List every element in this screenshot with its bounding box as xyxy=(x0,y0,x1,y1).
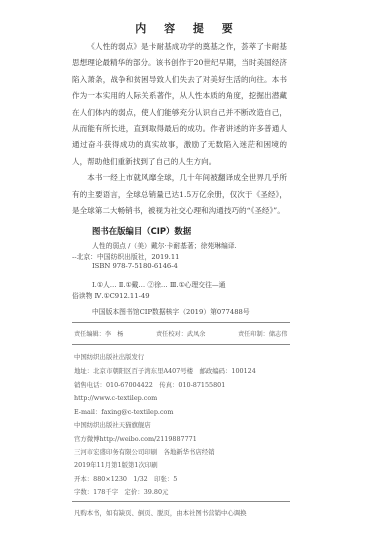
cip-record-number: 中国版本图书馆CIP数据核字（2019）第077488号 xyxy=(92,306,250,316)
responsible-printing: 责任印制：储志伟 xyxy=(238,329,288,338)
abstract-paragraph-1: 《人性的弱点》是卡耐基成功学的奠基之作，荟萃了卡耐基思想理论最精华的部分。该书创… xyxy=(72,39,287,170)
edition-line: 2019年11月第1版第1次印刷 xyxy=(74,460,158,469)
footer-notice: 凡购本书，如有缺页、倒页、脱页，由本社图书营销中心调换 xyxy=(74,508,247,517)
divider-bottom xyxy=(72,501,290,502)
email-line: E-mail：faxing@c-textilep.com xyxy=(74,407,173,416)
format-line: 开本：880×1230 1/32 印张：5 xyxy=(74,474,177,483)
copyright-page: 内 容 提 要 《人性的弱点》是卡耐基成功学的奠基之作，荟萃了卡耐基思想理论最精… xyxy=(0,0,375,543)
printer-line: 三河市宏盛印务有限公司印刷 各地新华书店经销 xyxy=(74,447,215,456)
cip-heading: 图书在版编目（CIP）数据 xyxy=(92,225,191,237)
abstract-paragraph-2: 本书一经上市就风靡全球，几十年间被翻译成全世界几乎所有的主要语言，全球总销量已达… xyxy=(72,170,287,219)
weibo-line: 官方微博http://weibo.com/2119887771 xyxy=(74,434,197,443)
cip-isbn-line: ISBN 978-7-5180-6146-4 xyxy=(92,262,178,270)
cip-classification-line-1: Ⅰ.①人… Ⅱ.①戴… ②徐… Ⅲ.①心理交往—通 xyxy=(92,279,225,289)
phone-line: 销售电话：010-67004422 传真：010-87155801 xyxy=(74,380,225,389)
divider-middle xyxy=(72,344,290,345)
cip-classification-line-2: 俗读物 Ⅳ.①C912.11-49 xyxy=(72,290,150,300)
abstract-section: 《人性的弱点》是卡耐基成功学的奠基之作，荟萃了卡耐基思想理论最精华的部分。该书创… xyxy=(72,39,287,219)
publisher-line: 中国纺织出版社出版发行 xyxy=(74,352,144,361)
responsibility-line: 责任编辑：李 杨 责任校对：武凤余 责任印制：储志伟 xyxy=(74,329,294,338)
divider-top xyxy=(72,322,290,323)
page-title: 内 容 提 要 xyxy=(0,20,375,36)
tmall-store-line: 中国纺织出版社天猫旗舰店 xyxy=(74,420,151,429)
responsible-editor: 责任编辑：李 杨 xyxy=(74,329,154,338)
wordcount-price-line: 字数：178千字 定价：39.80元 xyxy=(74,487,168,496)
cip-publisher-line: --北京：中国纺织出版社，2019.11 xyxy=(72,251,179,261)
website-line: http://www.c-textilep.com xyxy=(74,394,157,402)
address-line: 地址：北京市朝阳区百子湾东里A407号楼 邮政编码：100124 xyxy=(74,366,256,375)
cip-title-line: 人性的弱点 /（美）戴尔·卡耐基著；徐苑琳编译. xyxy=(92,240,237,250)
responsible-proofreader: 责任校对：武凤余 xyxy=(156,329,236,338)
